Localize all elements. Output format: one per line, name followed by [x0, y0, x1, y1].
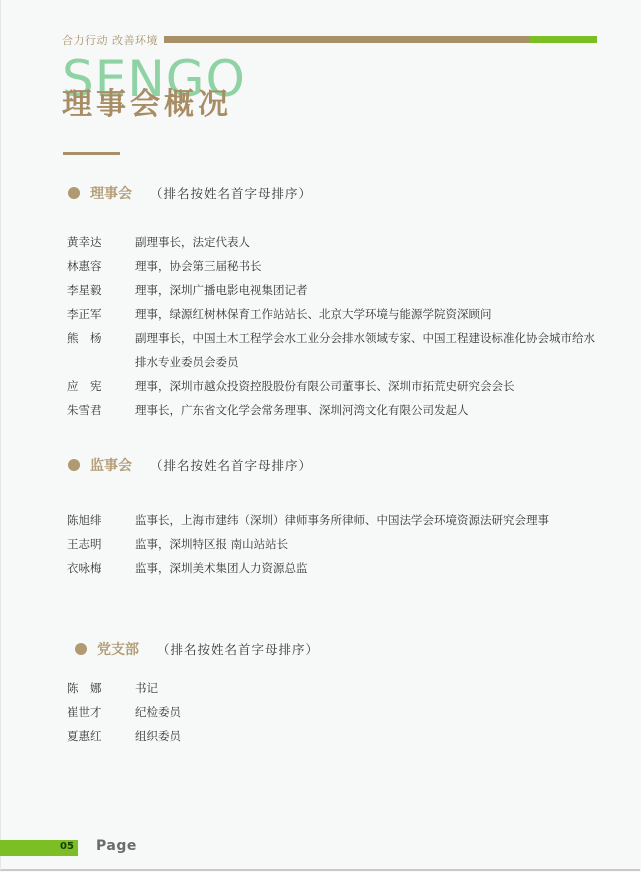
section-note: （排名按姓名首字母排序）	[157, 640, 319, 658]
page-number: 05	[60, 841, 74, 852]
list-item: 熊 杨副理事长，中国土木工程学会水工业分会排水领域专家、中国工程建设标准化协会城…	[67, 326, 605, 374]
list-item: 林惠容理事，协会第三届秘书长	[67, 254, 605, 278]
page-label: Page	[96, 838, 137, 854]
list-item: 朱雪君理事长，广东省文化学会常务理事、深圳河湾文化有限公司发起人	[67, 398, 605, 422]
list-item: 夏惠红组织委员	[67, 724, 605, 748]
member-name: 李星毅	[67, 278, 135, 302]
member-name: 熊 杨	[67, 326, 135, 374]
member-role: 副理事长，法定代表人	[135, 230, 605, 254]
bullet-dot-icon	[75, 643, 87, 655]
header-rule-accent	[530, 36, 597, 43]
member-name: 夏惠红	[67, 724, 135, 748]
member-name: 朱雪君	[67, 398, 135, 422]
member-role: 理事，深圳市越众投资控股股份有限公司董事长、深圳市拓荒史研究会会长	[135, 374, 605, 398]
list-item: 李正军理事，绿源红树林保育工作站站长、北京大学环境与能源学院资深顾问	[67, 302, 605, 326]
member-role: 理事，协会第三届秘书长	[135, 254, 605, 278]
member-role: 理事，深圳广播电影电视集团记者	[135, 278, 605, 302]
bullet-dot-icon	[68, 187, 80, 199]
member-role: 副理事长，中国土木工程学会水工业分会排水领域专家、中国工程建设标准化协会城市给水…	[135, 326, 605, 374]
member-role: 监事，深圳特区报 南山站站长	[135, 532, 605, 556]
list-item: 陈旭绯监事长，上海市建纬（深圳）律师事务所律师、中国法学会环境资源法研究会理事	[67, 508, 605, 532]
section-header-board: 理事会 （排名按姓名首字母排序）	[68, 183, 312, 203]
bullet-dot-icon	[68, 459, 80, 471]
party-member-list: 陈 娜书记 崔世才纪检委员 夏惠红组织委员	[67, 676, 605, 748]
member-name: 林惠容	[67, 254, 135, 278]
section-note: （排名按姓名首字母排序）	[150, 184, 312, 202]
member-name: 李正军	[67, 302, 135, 326]
member-role: 监事长，上海市建纬（深圳）律师事务所律师、中国法学会环境资源法研究会理事	[135, 508, 605, 532]
list-item: 应 宪理事，深圳市越众投资控股股份有限公司董事长、深圳市拓荒史研究会会长	[67, 374, 605, 398]
member-name: 陈 娜	[67, 676, 135, 700]
section-header-supervisors: 监事会 （排名按姓名首字母排序）	[68, 455, 312, 475]
list-item: 崔世才纪检委员	[67, 700, 605, 724]
list-item: 王志明监事，深圳特区报 南山站站长	[67, 532, 605, 556]
section-note: （排名按姓名首字母排序）	[150, 456, 312, 474]
list-item: 李星毅理事，深圳广播电影电视集团记者	[67, 278, 605, 302]
slogan: 合力行动 改善环境	[62, 32, 158, 48]
member-name: 黄幸达	[67, 230, 135, 254]
member-role: 理事长，广东省文化学会常务理事、深圳河湾文化有限公司发起人	[135, 398, 605, 422]
member-role: 书记	[135, 676, 605, 700]
section-title: 监事会	[90, 455, 132, 475]
supervisor-member-list: 陈旭绯监事长，上海市建纬（深圳）律师事务所律师、中国法学会环境资源法研究会理事 …	[67, 508, 605, 580]
member-name: 崔世才	[67, 700, 135, 724]
list-item: 衣咏梅监事，深圳美术集团人力资源总监	[67, 556, 605, 580]
member-name: 陈旭绯	[67, 508, 135, 532]
member-name: 应 宪	[67, 374, 135, 398]
member-role: 监事，深圳美术集团人力资源总监	[135, 556, 605, 580]
member-name: 衣咏梅	[67, 556, 135, 580]
member-role: 组织委员	[135, 724, 605, 748]
header-rule	[164, 36, 597, 43]
title-underline	[63, 152, 120, 155]
section-header-party-branch: 党支部 （排名按姓名首字母排序）	[75, 639, 319, 659]
member-role: 理事，绿源红树林保育工作站站长、北京大学环境与能源学院资深顾问	[135, 302, 605, 326]
page-title: 理事会概况	[62, 90, 232, 120]
list-item: 黄幸达副理事长，法定代表人	[67, 230, 605, 254]
section-title: 理事会	[90, 183, 132, 203]
member-name: 王志明	[67, 532, 135, 556]
list-item: 陈 娜书记	[67, 676, 605, 700]
member-role: 纪检委员	[135, 700, 605, 724]
board-member-list: 黄幸达副理事长，法定代表人 林惠容理事，协会第三届秘书长 李星毅理事，深圳广播电…	[67, 230, 605, 422]
section-title: 党支部	[97, 639, 139, 659]
